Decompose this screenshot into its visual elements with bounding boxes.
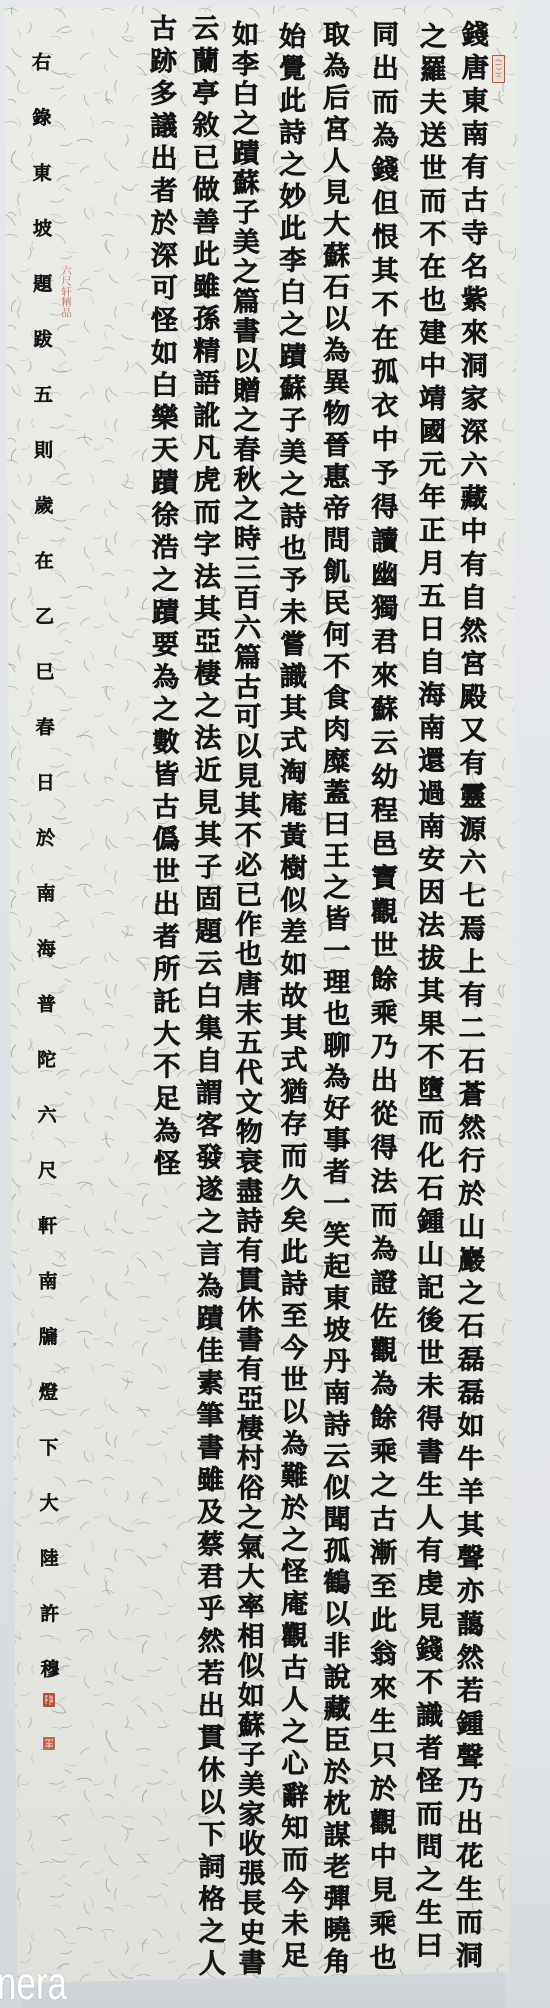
camera-watermark: nera — [0, 1960, 67, 2006]
calligraphy-paper: 錢唐東南有古寺名紫來洞家深六藏中有自然宮殿又有靈源六七焉上有二石蒼然行於山巖之石… — [0, 0, 550, 2008]
paper-maker-mark: 六尺轩精品 — [60, 265, 72, 318]
text-column-7: 云蘭亭敘已做善此雖孫精語訛凡虎而字法其亞棲之法近見其子固題云白集自謂客發遂之言為… — [184, 14, 227, 1976]
signature-seal-icon — [43, 1693, 55, 1707]
name-seal-icon — [43, 1737, 55, 1750]
text-column-3: 同出而為錢但恨其不在孤衣中予得讀幽獨君來蘇云幼程邑寶觀世餘乘乃出從得法而為證佐觀… — [362, 20, 400, 1970]
text-column-8: 古跡多議出者於深可怪如白樂天蹟徐浩之蹟要為之數皆古僞世出者所託大不足為怪 — [142, 14, 182, 1176]
text-column-4: 取為后宮人見大蘇石以為異物晉惠帝問飢民何不食肉糜蓋曰王之皆一理也聊為好事者一笑起… — [315, 20, 352, 1974]
text-column-5: 始覺此詩之妙此李白之蹟蘇子美之詩也予未嘗識其式淘庵黃樹似差如故其式猶存而久矣此詩… — [271, 22, 310, 1968]
text-column-1: 錢唐東南有古寺名紫來洞家深六藏中有自然宮殿又有靈源六七焉上有二石蒼然行於山巖之石… — [448, 20, 490, 1968]
text-column-6: 如李白之蹟蘇子美之篇書以贈之春秋之時三百六篇古可以見其不必已作也唐末五代文物衰盡… — [224, 20, 267, 1975]
leading-seal-icon — [492, 55, 505, 83]
text-column-2: 之羅夫送世而不在也建中靖國元年正月五日自海南還過南安因法拔其果不墮而化石鍾山記後… — [408, 22, 448, 1958]
